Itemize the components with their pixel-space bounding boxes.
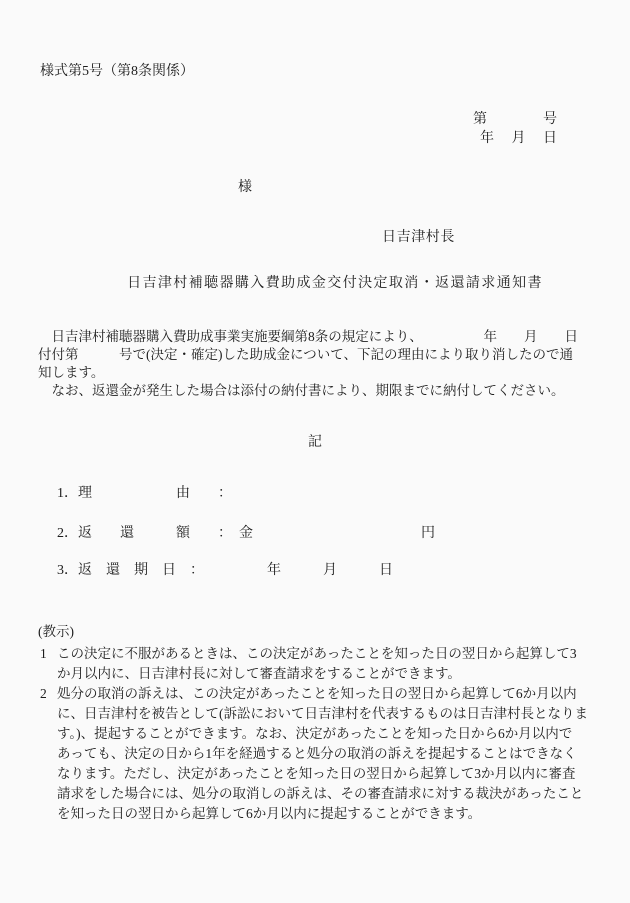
recipient-honorific: 様 [238,178,252,197]
document-title: 日吉津村補聴器購入費助成金交付決定取消・返還請求通知書 [0,274,630,293]
document-number-block: 第 号 年 月 日 [473,110,557,148]
kyouji-list: 1 この決定に不服があるときは、この決定があったことを知った日の翌日から起算して… [38,644,602,824]
reason-field-row: 1．理 由 ： [57,484,232,503]
document-date-line: 年 月 日 [473,129,557,148]
kyouji-heading: (教示) [38,622,74,642]
refund-due-date-field-row: 3．返 還 期 日 ： 年 月 日 [57,561,393,580]
form-number-label: 様式第5号（第8条関係） [40,62,194,81]
document-page: 様式第5号（第8条関係） 第 号 年 月 日 様 日吉津村長 日吉津村補聴器購入… [0,0,630,903]
document-number-line: 第 号 [473,110,557,129]
body-paragraph: 日吉津村補聴器購入費助成事業実施要綱第8条の規定により、 年 月 日 付付第 号… [38,328,578,400]
kyouji-item: 1 この決定に不服があるときは、この決定があったことを知った日の翌日から起算して… [38,644,602,684]
kyouji-item: 2 処分の取消の訴えは、この決定があったことを知った日の翌日から起算して6か月以… [38,684,602,824]
kyouji-item-number: 1 [38,644,57,664]
kyouji-item-text: 処分の取消の訴えは、この決定があったことを知った日の翌日から起算して6か月以内 … [57,684,602,824]
kyouji-item-number: 2 [38,684,57,704]
refund-amount-field-row: 2．返 還 額 ： 金 円 [57,524,435,543]
kyouji-item-text: この決定に不服があるときは、この決定があったことを知った日の翌日から起算して3 … [57,644,602,684]
sender-name: 日吉津村長 [382,228,455,247]
ki-heading: 記 [0,433,630,452]
